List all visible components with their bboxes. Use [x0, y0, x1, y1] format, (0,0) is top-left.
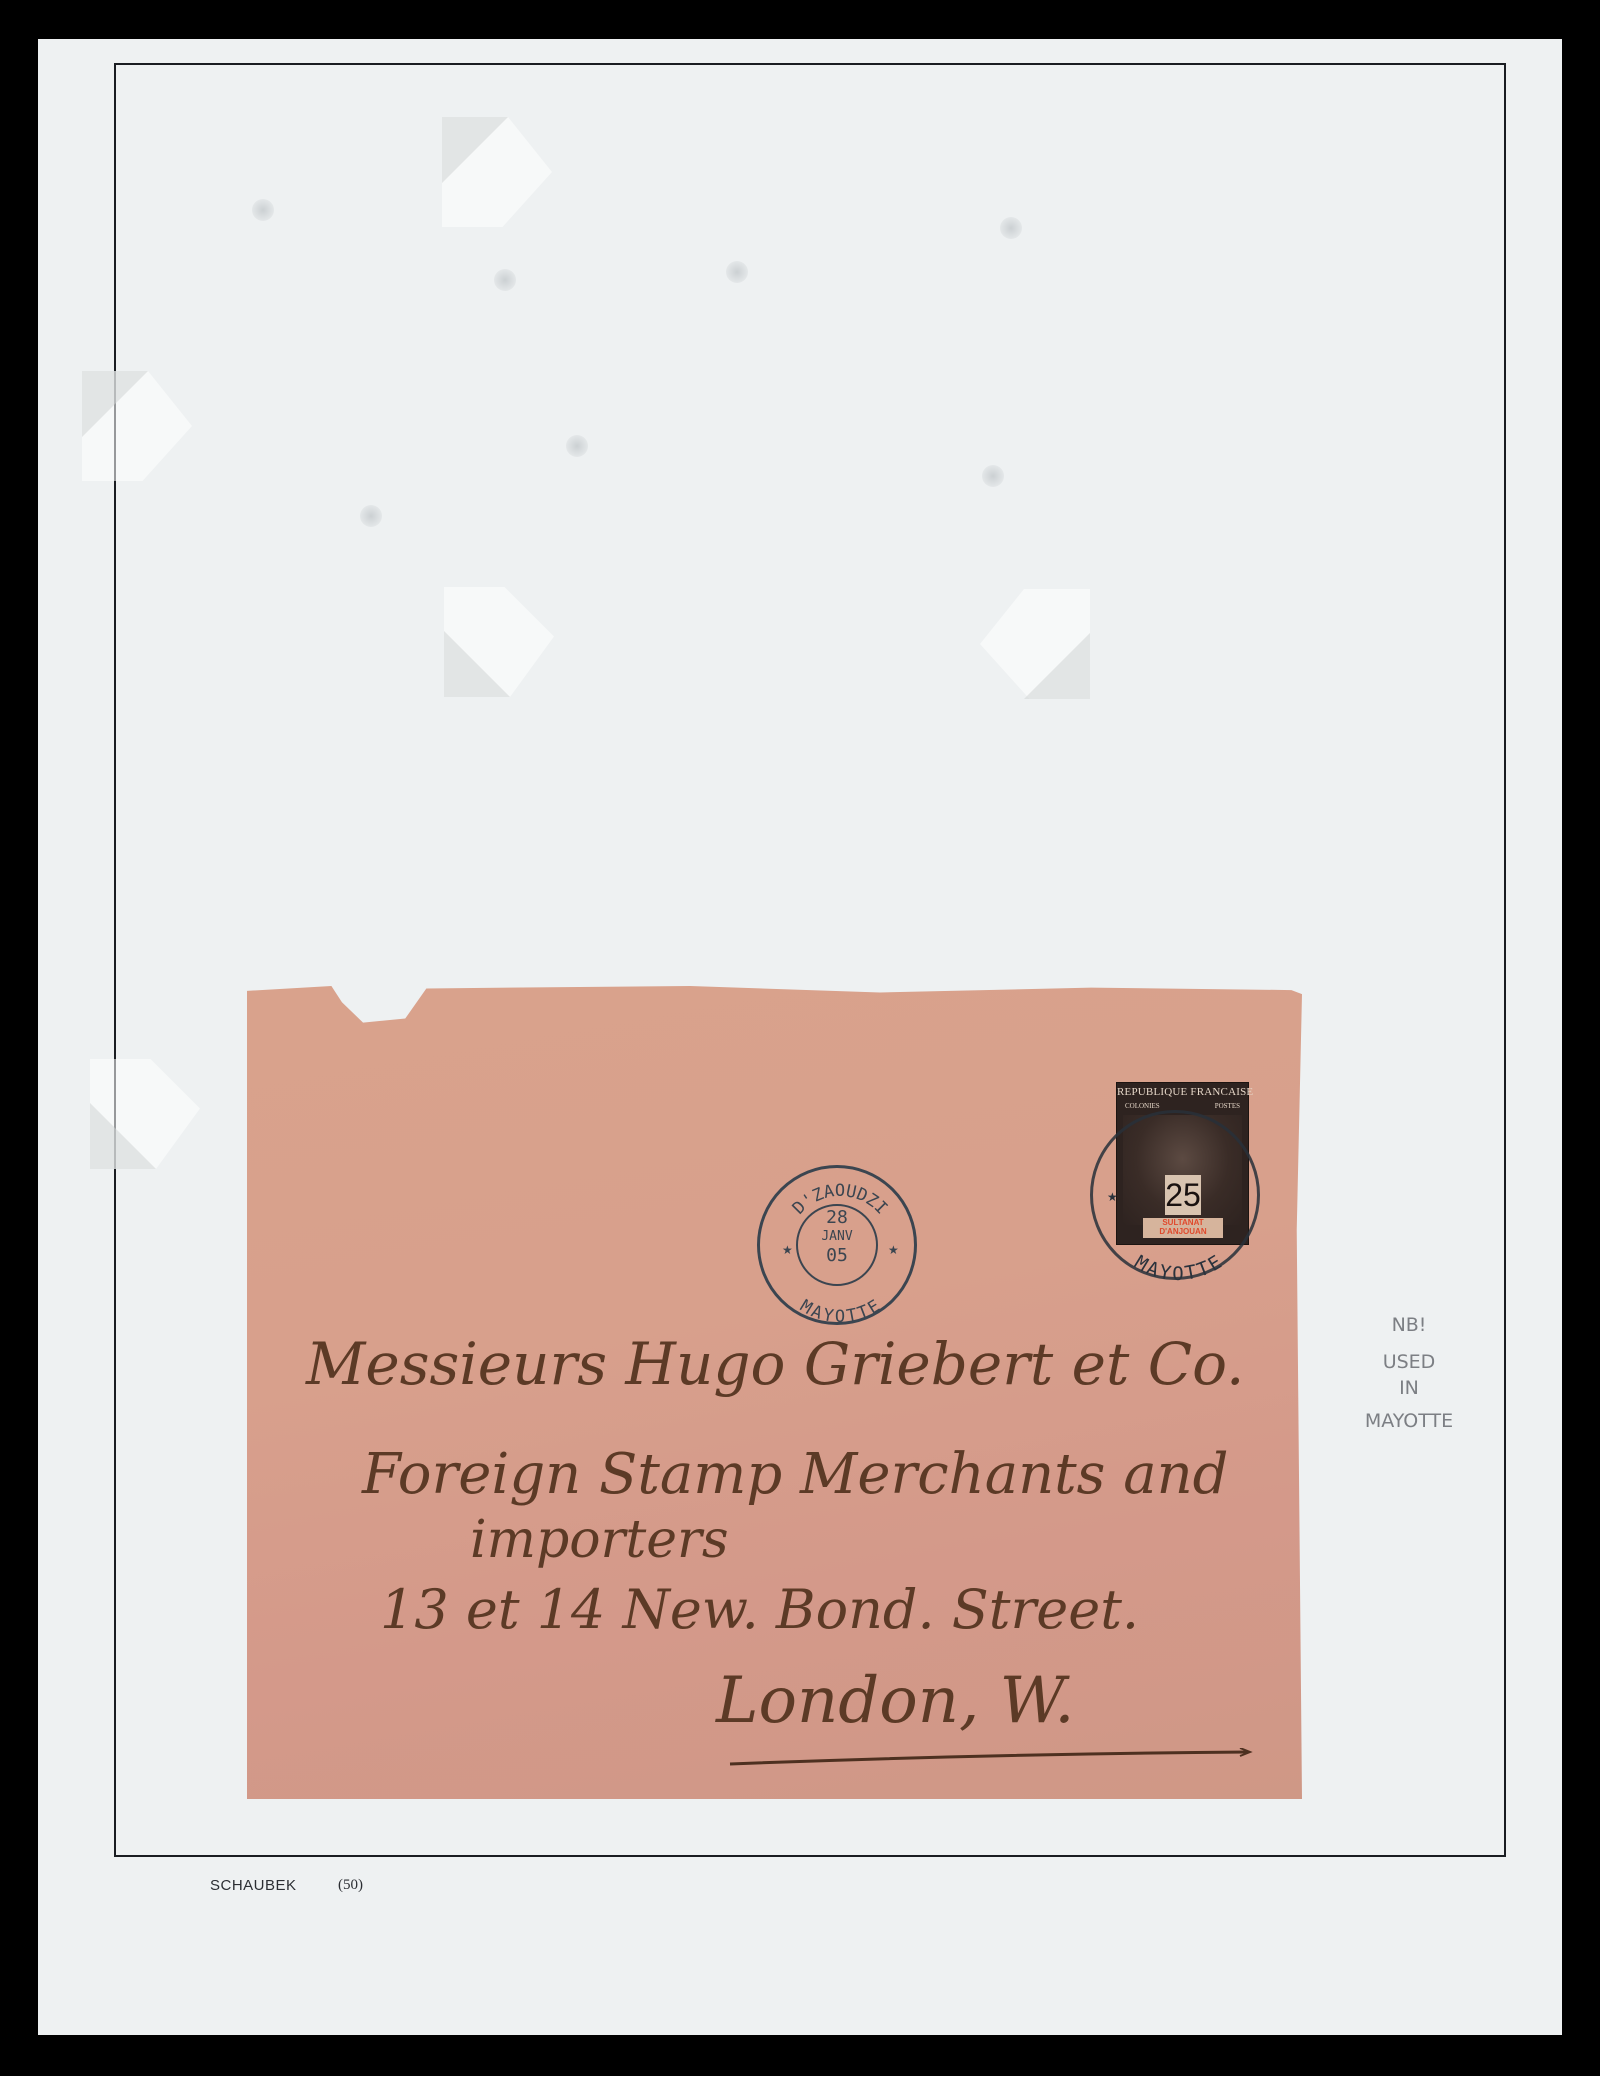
stamp-sub-left: COLONIES	[1125, 1102, 1160, 1110]
svg-text:★: ★	[888, 1243, 899, 1257]
stamp-sub-right: POSTES	[1215, 1102, 1240, 1110]
stamp-header: REPUBLIQUE FRANCAISE	[1117, 1086, 1248, 1098]
svg-text:★: ★	[1107, 1190, 1118, 1204]
svg-text:MAYOTTE: MAYOTTE	[796, 1296, 883, 1327]
stain	[252, 199, 274, 221]
pencil-annotation: NB! USED IN MAYOTTE	[1364, 1312, 1454, 1434]
svg-text:★: ★	[782, 1243, 793, 1257]
stain	[494, 269, 516, 291]
underline-stroke	[728, 1748, 1258, 1768]
svg-text:MAYOTTE: MAYOTTE	[1131, 1251, 1226, 1283]
mount-corner	[444, 587, 554, 697]
address-line-3: importers	[470, 1510, 729, 1570]
postmark-month: JANV	[805, 1227, 869, 1246]
annotation-line: MAYOTTE	[1364, 1408, 1454, 1435]
postmark-bottom-text: MAYOTTE	[796, 1296, 883, 1327]
publisher-label: SCHAUBEK	[210, 1877, 297, 1894]
address-line-5: London, W.	[716, 1664, 1075, 1738]
annotation-line: NB!	[1364, 1312, 1454, 1339]
stain	[982, 465, 1004, 487]
mount-corner	[90, 1059, 200, 1169]
annotation-line: IN	[1364, 1375, 1454, 1402]
page-number: (50)	[338, 1877, 363, 1894]
address-line-2: Foreign Stamp Merchants and	[362, 1442, 1229, 1507]
address-line-4: 13 et 14 New. Bond. Street.	[380, 1578, 1139, 1641]
stain	[566, 435, 588, 457]
postmark-on-stamp: MAYOTTE ★	[1090, 1110, 1260, 1280]
stain	[360, 505, 382, 527]
postmark-year: 05	[805, 1246, 869, 1265]
stain	[726, 261, 748, 283]
stain	[1000, 217, 1022, 239]
annotation-line: USED	[1364, 1349, 1454, 1376]
mount-corner	[980, 589, 1090, 699]
postmark-day: 28	[805, 1208, 869, 1227]
mount-corner	[442, 117, 552, 227]
postmark-dzaoudzi: D'ZAOUDZI MAYOTTE ★ ★ 28 JANV 05	[757, 1165, 917, 1325]
address-line-1: Messieurs Hugo Griebert et Co.	[306, 1330, 1244, 1398]
mount-corner	[82, 371, 192, 481]
